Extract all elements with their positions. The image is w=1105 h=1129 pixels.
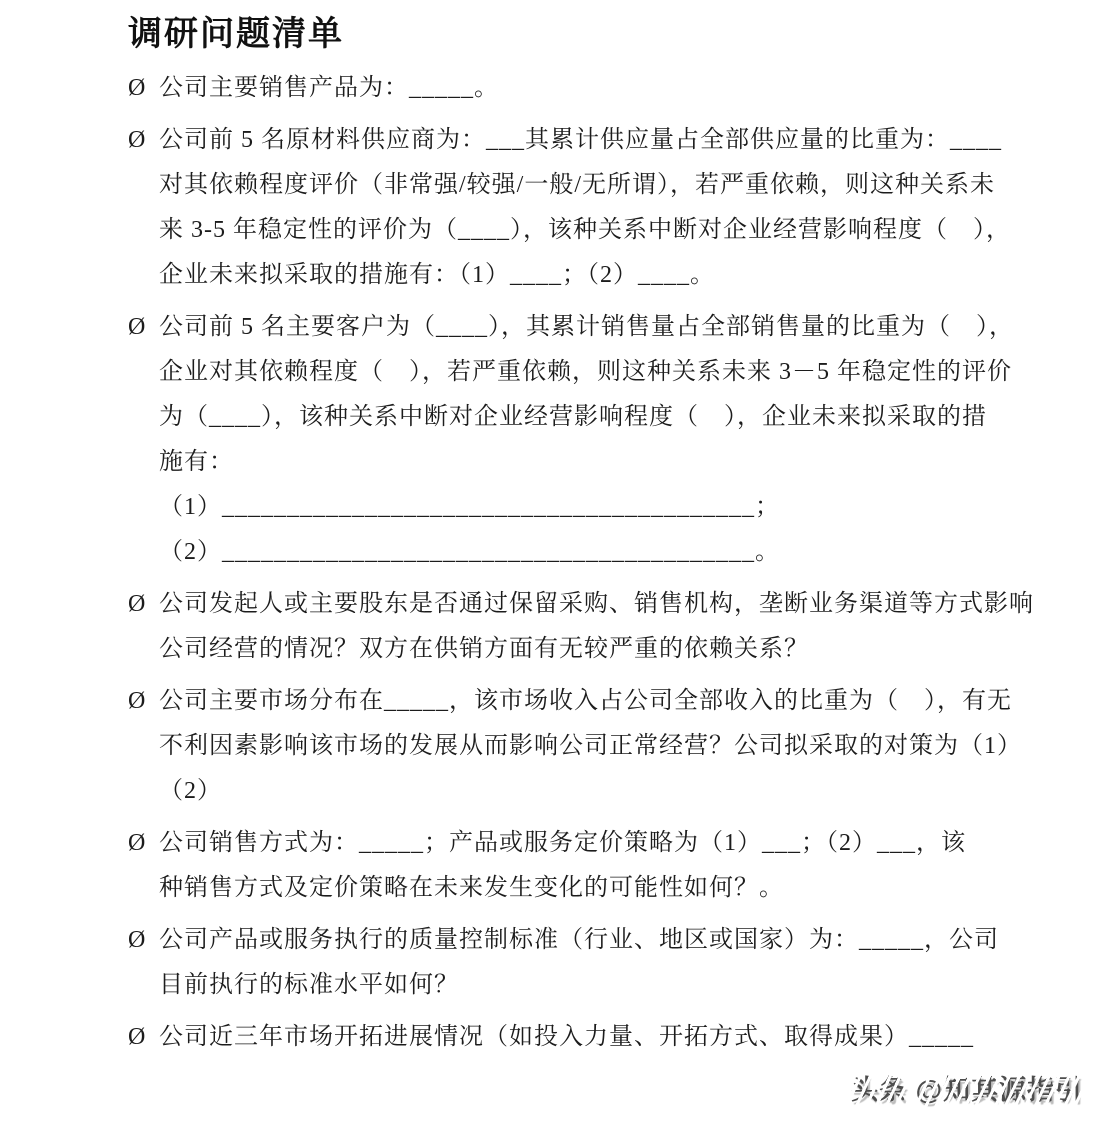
bullet-marker-icon: Ø	[128, 305, 145, 350]
question-item: Ø 公司前 5 名原材料供应商为：___其累计供应量占全部供应量的比重为：___…	[128, 118, 1048, 298]
question-line: 为（____），该种关系中断对企业经营影响程度（ ），企业未来拟采取的措	[159, 395, 1048, 440]
document-content: 调研问题清单 Ø 公司主要销售产品为：_____。 Ø 公司前 5 名原材料供应…	[128, 12, 1048, 1067]
bullet-marker-icon: Ø	[128, 582, 145, 627]
question-line: 公司产品或服务执行的质量控制标准（行业、地区或国家）为：_____，公司	[159, 918, 1048, 963]
question-line: （2）	[159, 769, 1048, 814]
question-line: 企业对其依赖程度（ ），若严重依赖，则这种关系未来 3－5 年稳定性的评价	[159, 350, 1048, 395]
bullet-marker-icon: Ø	[128, 918, 145, 963]
bullet-marker-icon: Ø	[128, 1015, 145, 1060]
question-list: Ø 公司主要销售产品为：_____。 Ø 公司前 5 名原材料供应商为：___其…	[128, 66, 1048, 1060]
question-line: 公司销售方式为：_____；产品或服务定价策略为（1）___；（2）___，该	[159, 821, 1048, 866]
blank-fill-line: （2）_____________________________________…	[159, 530, 1048, 575]
bullet-marker-icon: Ø	[128, 679, 145, 724]
question-line: 来 3-5 年稳定性的评价为（____），该种关系中断对企业经营影响程度（ ），	[159, 208, 1048, 253]
bullet-marker-icon: Ø	[128, 118, 145, 163]
question-item: Ø 公司发起人或主要股东是否通过保留采购、销售机构，垄断业务渠道等方式影响 公司…	[128, 582, 1048, 672]
blank-fill-line: （1）_____________________________________…	[159, 485, 1048, 530]
question-line: 公司发起人或主要股东是否通过保留采购、销售机构，垄断业务渠道等方式影响	[159, 582, 1048, 627]
question-line: 公司主要销售产品为：_____。	[159, 66, 1048, 111]
question-line: 对其依赖程度评价（非常强/较强/一般/无所谓），若严重依赖，则这种关系未	[159, 163, 1048, 208]
question-item: Ø 公司近三年市场开拓进展情况（如投入力量、开拓方式、取得成果）_____	[128, 1015, 1048, 1060]
question-line: 公司经营的情况？双方在供销方面有无较严重的依赖关系？	[159, 627, 1048, 672]
question-line: 公司近三年市场开拓进展情况（如投入力量、开拓方式、取得成果）_____	[159, 1015, 1048, 1060]
question-line: 公司前 5 名主要客户为（____），其累计销售量占全部销售量的比重为（ ），	[159, 305, 1048, 350]
question-line: 公司主要市场分布在_____，该市场收入占公司全部收入的比重为（ ），有无	[159, 679, 1048, 724]
question-line: 公司前 5 名原材料供应商为：___其累计供应量占全部供应量的比重为：____	[159, 118, 1048, 163]
question-line: 企业未来拟采取的措施有：（1）____；（2）____。	[159, 253, 1048, 298]
question-item: Ø 公司产品或服务执行的质量控制标准（行业、地区或国家）为：_____，公司 目…	[128, 918, 1048, 1008]
watermark-hatch-overlay: 头条 @知其源指引	[847, 1066, 1087, 1109]
question-item: Ø 公司前 5 名主要客户为（____），其累计销售量占全部销售量的比重为（ ）…	[128, 305, 1048, 575]
question-line: 目前执行的标准水平如何？	[159, 963, 1048, 1008]
watermark: 头条 @知其源指引	[851, 1075, 1083, 1105]
question-line: 种销售方式及定价策略在未来发生变化的可能性如何？。	[159, 866, 1048, 911]
page-title: 调研问题清单	[128, 12, 1048, 56]
question-line: 不利因素影响该市场的发展从而影响公司正常经营？公司拟采取的对策为（1）	[159, 724, 1048, 769]
bullet-marker-icon: Ø	[128, 821, 145, 866]
bullet-marker-icon: Ø	[128, 66, 145, 111]
question-item: Ø 公司主要销售产品为：_____。	[128, 66, 1048, 111]
document-page: 调研问题清单 Ø 公司主要销售产品为：_____。 Ø 公司前 5 名原材料供应…	[0, 0, 1105, 1129]
question-item: Ø 公司主要市场分布在_____，该市场收入占公司全部收入的比重为（ ），有无 …	[128, 679, 1048, 814]
question-line: 施有：	[159, 440, 1048, 485]
question-item: Ø 公司销售方式为：_____；产品或服务定价策略为（1）___；（2）___，…	[128, 821, 1048, 911]
